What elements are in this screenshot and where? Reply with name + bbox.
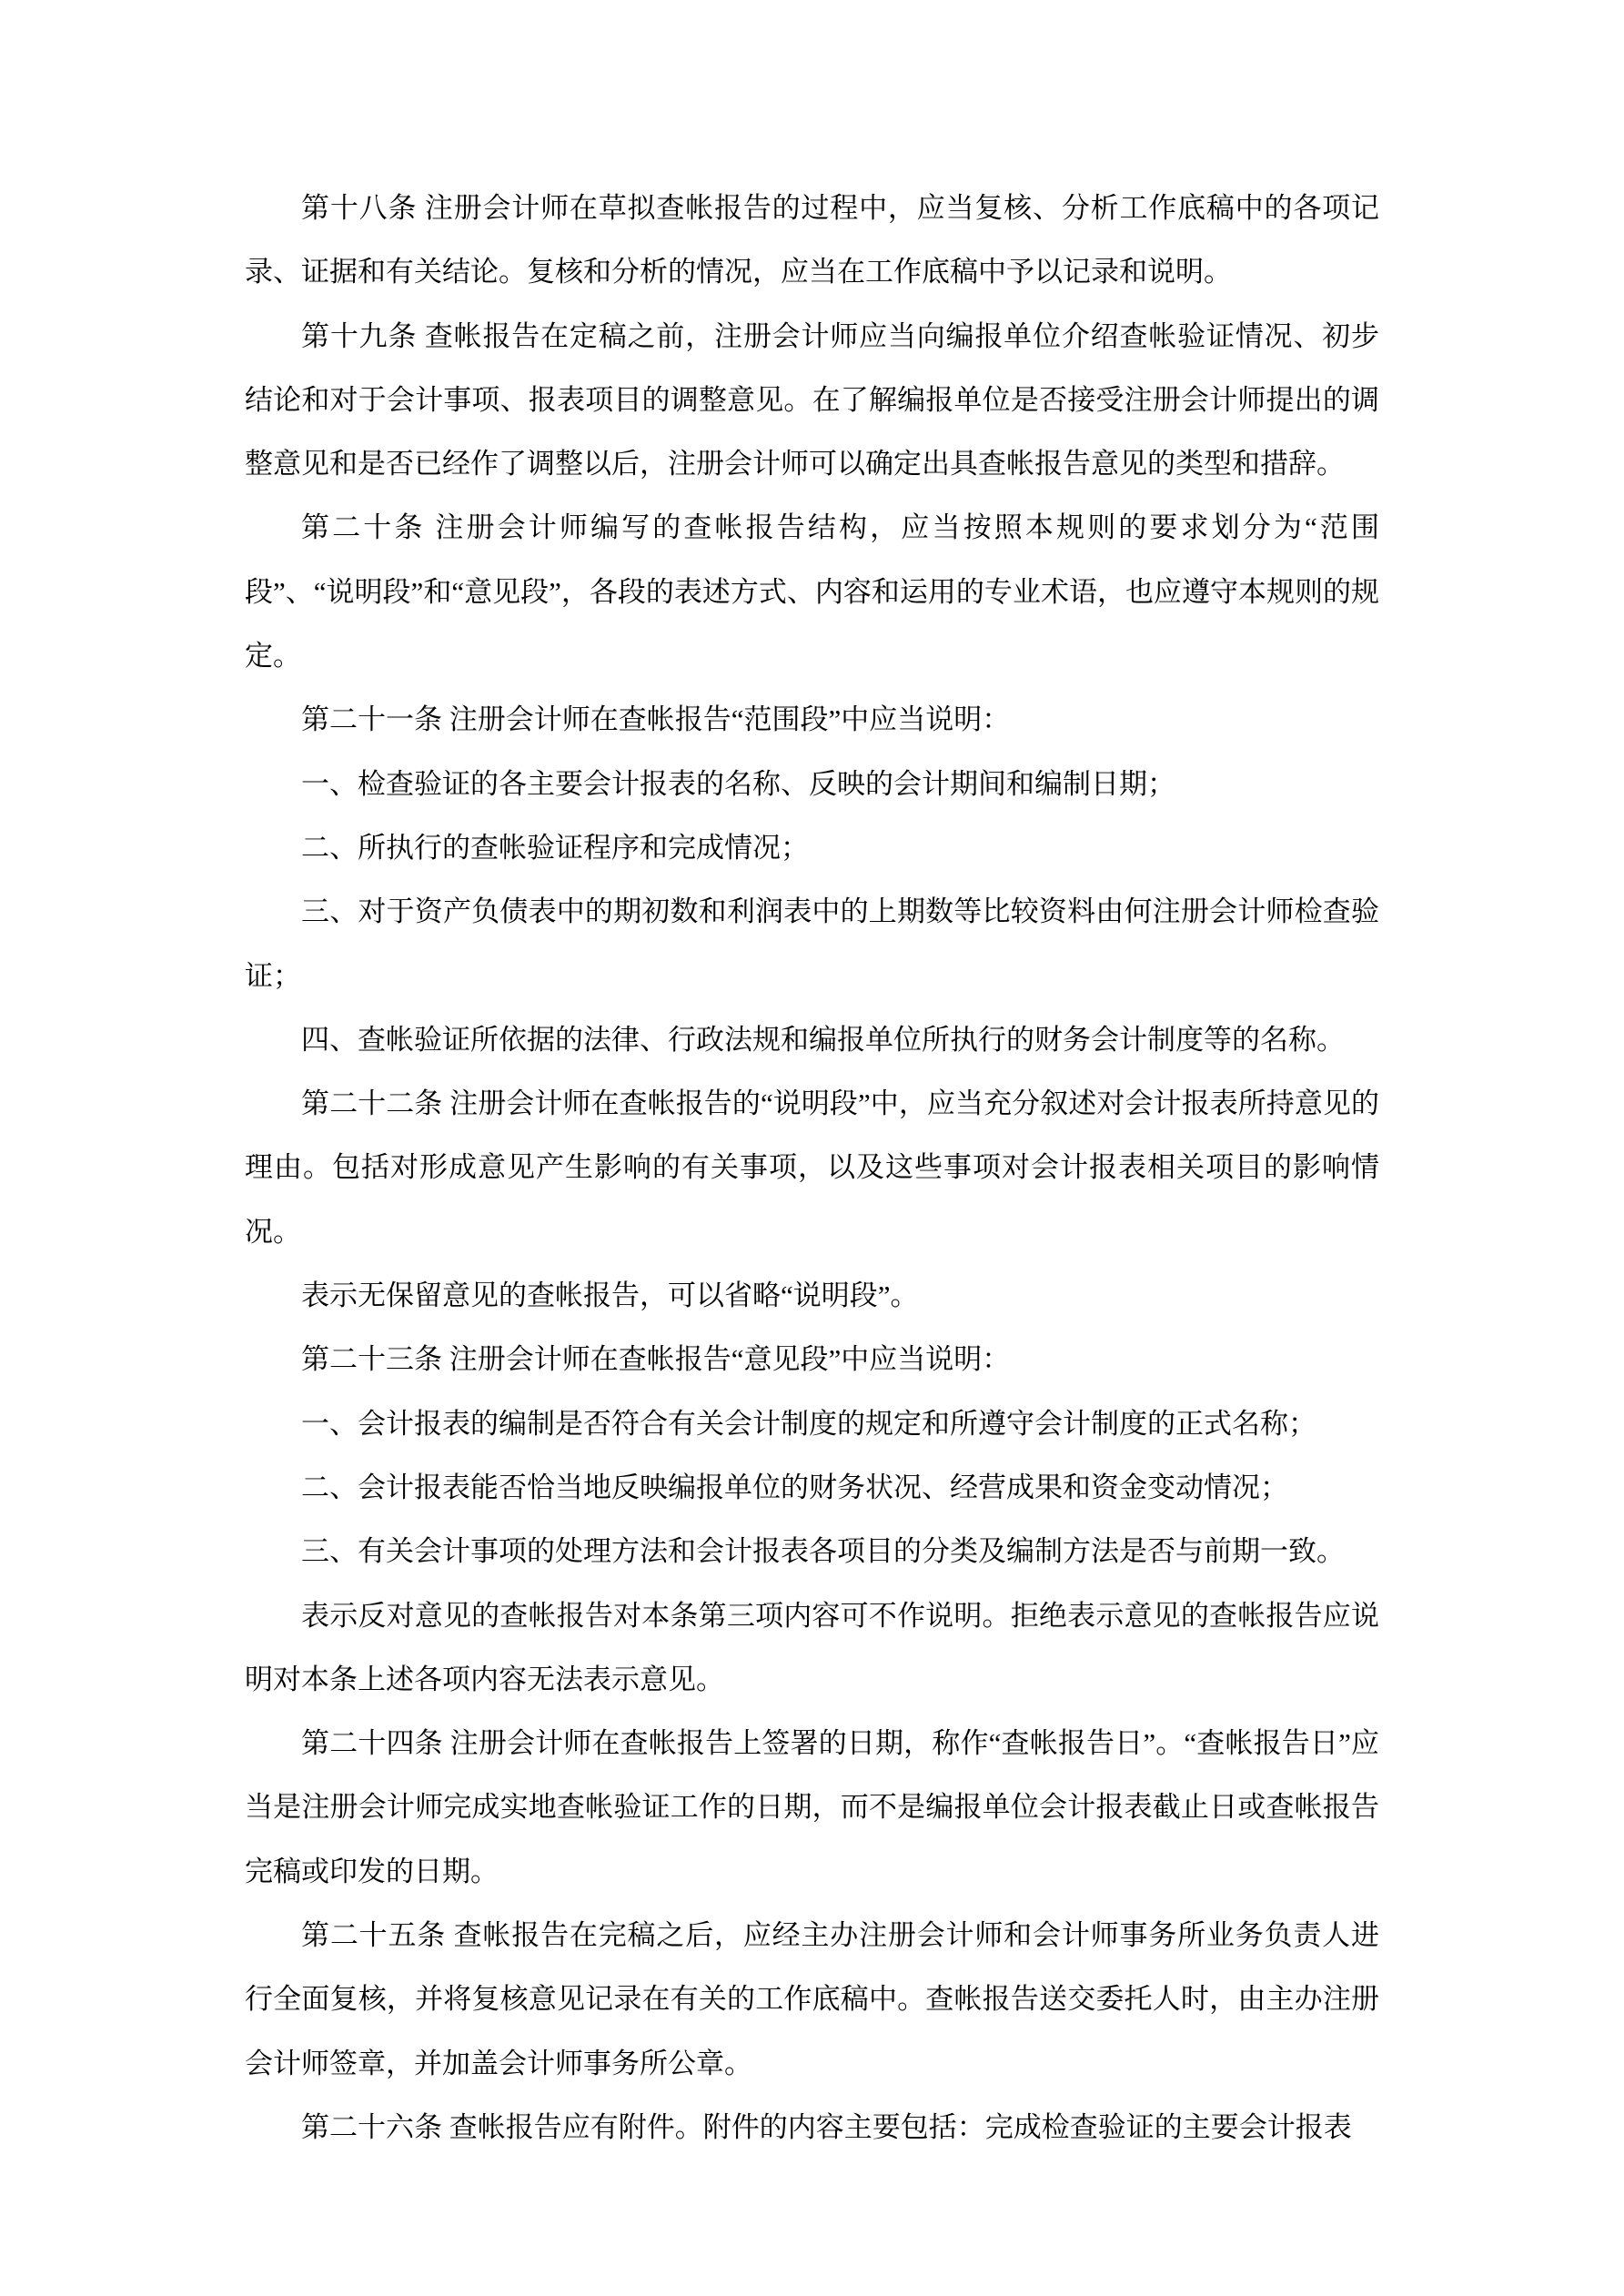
paragraph-article-20: 第二十条 注册会计师编写的查帐报告结构，应当按照本规则的要求划分为“范围段”、“… [245,496,1379,688]
paragraph-article-19: 第十九条 查帐报告在定稿之前，注册会计师应当向编报单位介绍查帐验证情况、初步结论… [245,305,1379,497]
paragraph-article-22: 第二十二条 注册会计师在查帐报告的“说明段”中，应当充分叙述对会计报表所持意见的… [245,1072,1379,1264]
paragraph-article-23-item-1: 一、会计报表的编制是否符合有关会计制度的规定和所遵守会计制度的正式名称； [245,1392,1379,1456]
document-page: 第十八条 注册会计师在草拟查帐报告的过程中，应当复核、分析工作底稿中的各项记录、… [0,0,1624,2296]
paragraph-article-21-item-1: 一、检查验证的各主要会计报表的名称、反映的会计期间和编制日期； [245,753,1379,816]
paragraph-article-26: 第二十六条 查帐报告应有附件。附件的内容主要包括：完成检查验证的主要会计报表 [245,2096,1379,2159]
paragraph-article-23-note: 表示反对意见的查帐报告对本条第三项内容可不作说明。拒绝表示意见的查帐报告应说明对… [245,1584,1379,1713]
paragraph-article-25: 第二十五条 查帐报告在完稿之后，应经主办注册会计师和会计师事务所业务负责人进行全… [245,1904,1379,2096]
paragraph-article-23-item-2: 二、会计报表能否恰当地反映编报单位的财务状况、经营成果和资金变动情况； [245,1456,1379,1520]
paragraph-article-21-item-3: 三、对于资产负债表中的期初数和利润表中的上期数等比较资料由何注册会计师检查验证； [245,880,1379,1008]
paragraph-article-21: 第二十一条 注册会计师在查帐报告“范围段”中应当说明： [245,688,1379,752]
paragraph-article-23: 第二十三条 注册会计师在查帐报告“意见段”中应当说明： [245,1328,1379,1391]
paragraph-article-23-item-3: 三、有关会计事项的处理方法和会计报表各项目的分类及编制方法是否与前期一致。 [245,1520,1379,1583]
paragraph-article-24: 第二十四条 注册会计师在查帐报告上签署的日期，称作“查帐报告日”。“查帐报告日”… [245,1712,1379,1904]
paragraph-article-21-item-4: 四、查帐验证所依据的法律、行政法规和编报单位所执行的财务会计制度等的名称。 [245,1008,1379,1072]
document-text-block: 第十八条 注册会计师在草拟查帐报告的过程中，应当复核、分析工作底稿中的各项记录、… [245,177,1379,2159]
paragraph-article-21-item-2: 二、所执行的查帐验证程序和完成情况； [245,816,1379,880]
paragraph-article-18: 第十八条 注册会计师在草拟查帐报告的过程中，应当复核、分析工作底稿中的各项记录、… [245,177,1379,305]
paragraph-article-22-note: 表示无保留意见的查帐报告，可以省略“说明段”。 [245,1264,1379,1328]
